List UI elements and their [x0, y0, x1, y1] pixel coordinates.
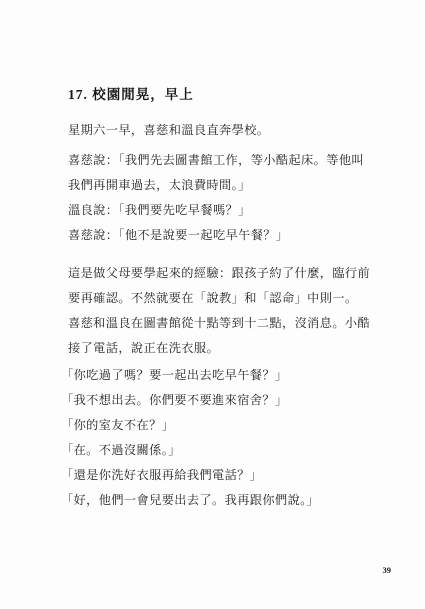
- text-line: 「你吃過了嗎？要一起出去吃早午餐？」: [61, 363, 319, 388]
- text-line: 「我不想出去。你們要不要進來宿舍？」: [61, 388, 319, 413]
- paragraph-waiting-library: 喜慈和溫良在圖書館從十點等到十二點，沒消息。小酷 接了電話，說正在洗衣服。: [68, 311, 370, 361]
- text-line: 接了電話，說正在洗衣服。: [68, 336, 370, 361]
- text-line: 喜慈和溫良在圖書館從十點等到十二點，沒消息。小酷: [68, 311, 370, 336]
- text-line: 喜慈說：「我們先去圖書館工作，等小酷起床。等他叫: [68, 148, 364, 173]
- book-page: 17. 校園閒晃，早上 星期六一早，喜慈和溫良直奔學校。 喜慈說：「我們先去圖書…: [0, 0, 425, 609]
- text-line: 星期六一早，喜慈和溫良直奔學校。: [68, 118, 269, 143]
- text-line: 「在。不過沒關係。」: [61, 438, 319, 463]
- paragraph-parenting-lesson: 這是做父母要學起來的經驗：跟孩子約了什麼，臨行前 要再確認。不然就要在「說教」和…: [68, 261, 370, 311]
- page-number: 39: [383, 565, 392, 575]
- text-line: 我們再開車過去，太浪費時間。」: [68, 173, 364, 198]
- paragraph-dialogue-morning: 喜慈說：「我們先去圖書館工作，等小酷起床。等他叫 我們再開車過去，太浪費時間。」…: [68, 148, 364, 248]
- paragraph-intro: 星期六一早，喜慈和溫良直奔學校。: [68, 118, 269, 143]
- text-line: 「你的室友不在？」: [61, 413, 319, 438]
- text-line: 「還是你洗好衣服再給我們電話？」: [61, 463, 319, 488]
- paragraph-phone-dialogue: 「你吃過了嗎？要一起出去吃早午餐？」 「我不想出去。你們要不要進來宿舍？」 「你…: [61, 363, 319, 513]
- text-line: 溫良說：「我們要先吃早餐嗎？」: [68, 198, 364, 223]
- chapter-title: 17. 校園閒晃，早上: [68, 83, 194, 103]
- text-line: 要再確認。不然就要在「說教」和「認命」中則一。: [68, 286, 370, 311]
- text-line: 這是做父母要學起來的經驗：跟孩子約了什麼，臨行前: [68, 261, 370, 286]
- text-line: 「好，他們一會兒要出去了。我再跟你們說。」: [61, 488, 319, 513]
- text-line: 喜慈說：「他不是說要一起吃早午餐？」: [68, 223, 364, 248]
